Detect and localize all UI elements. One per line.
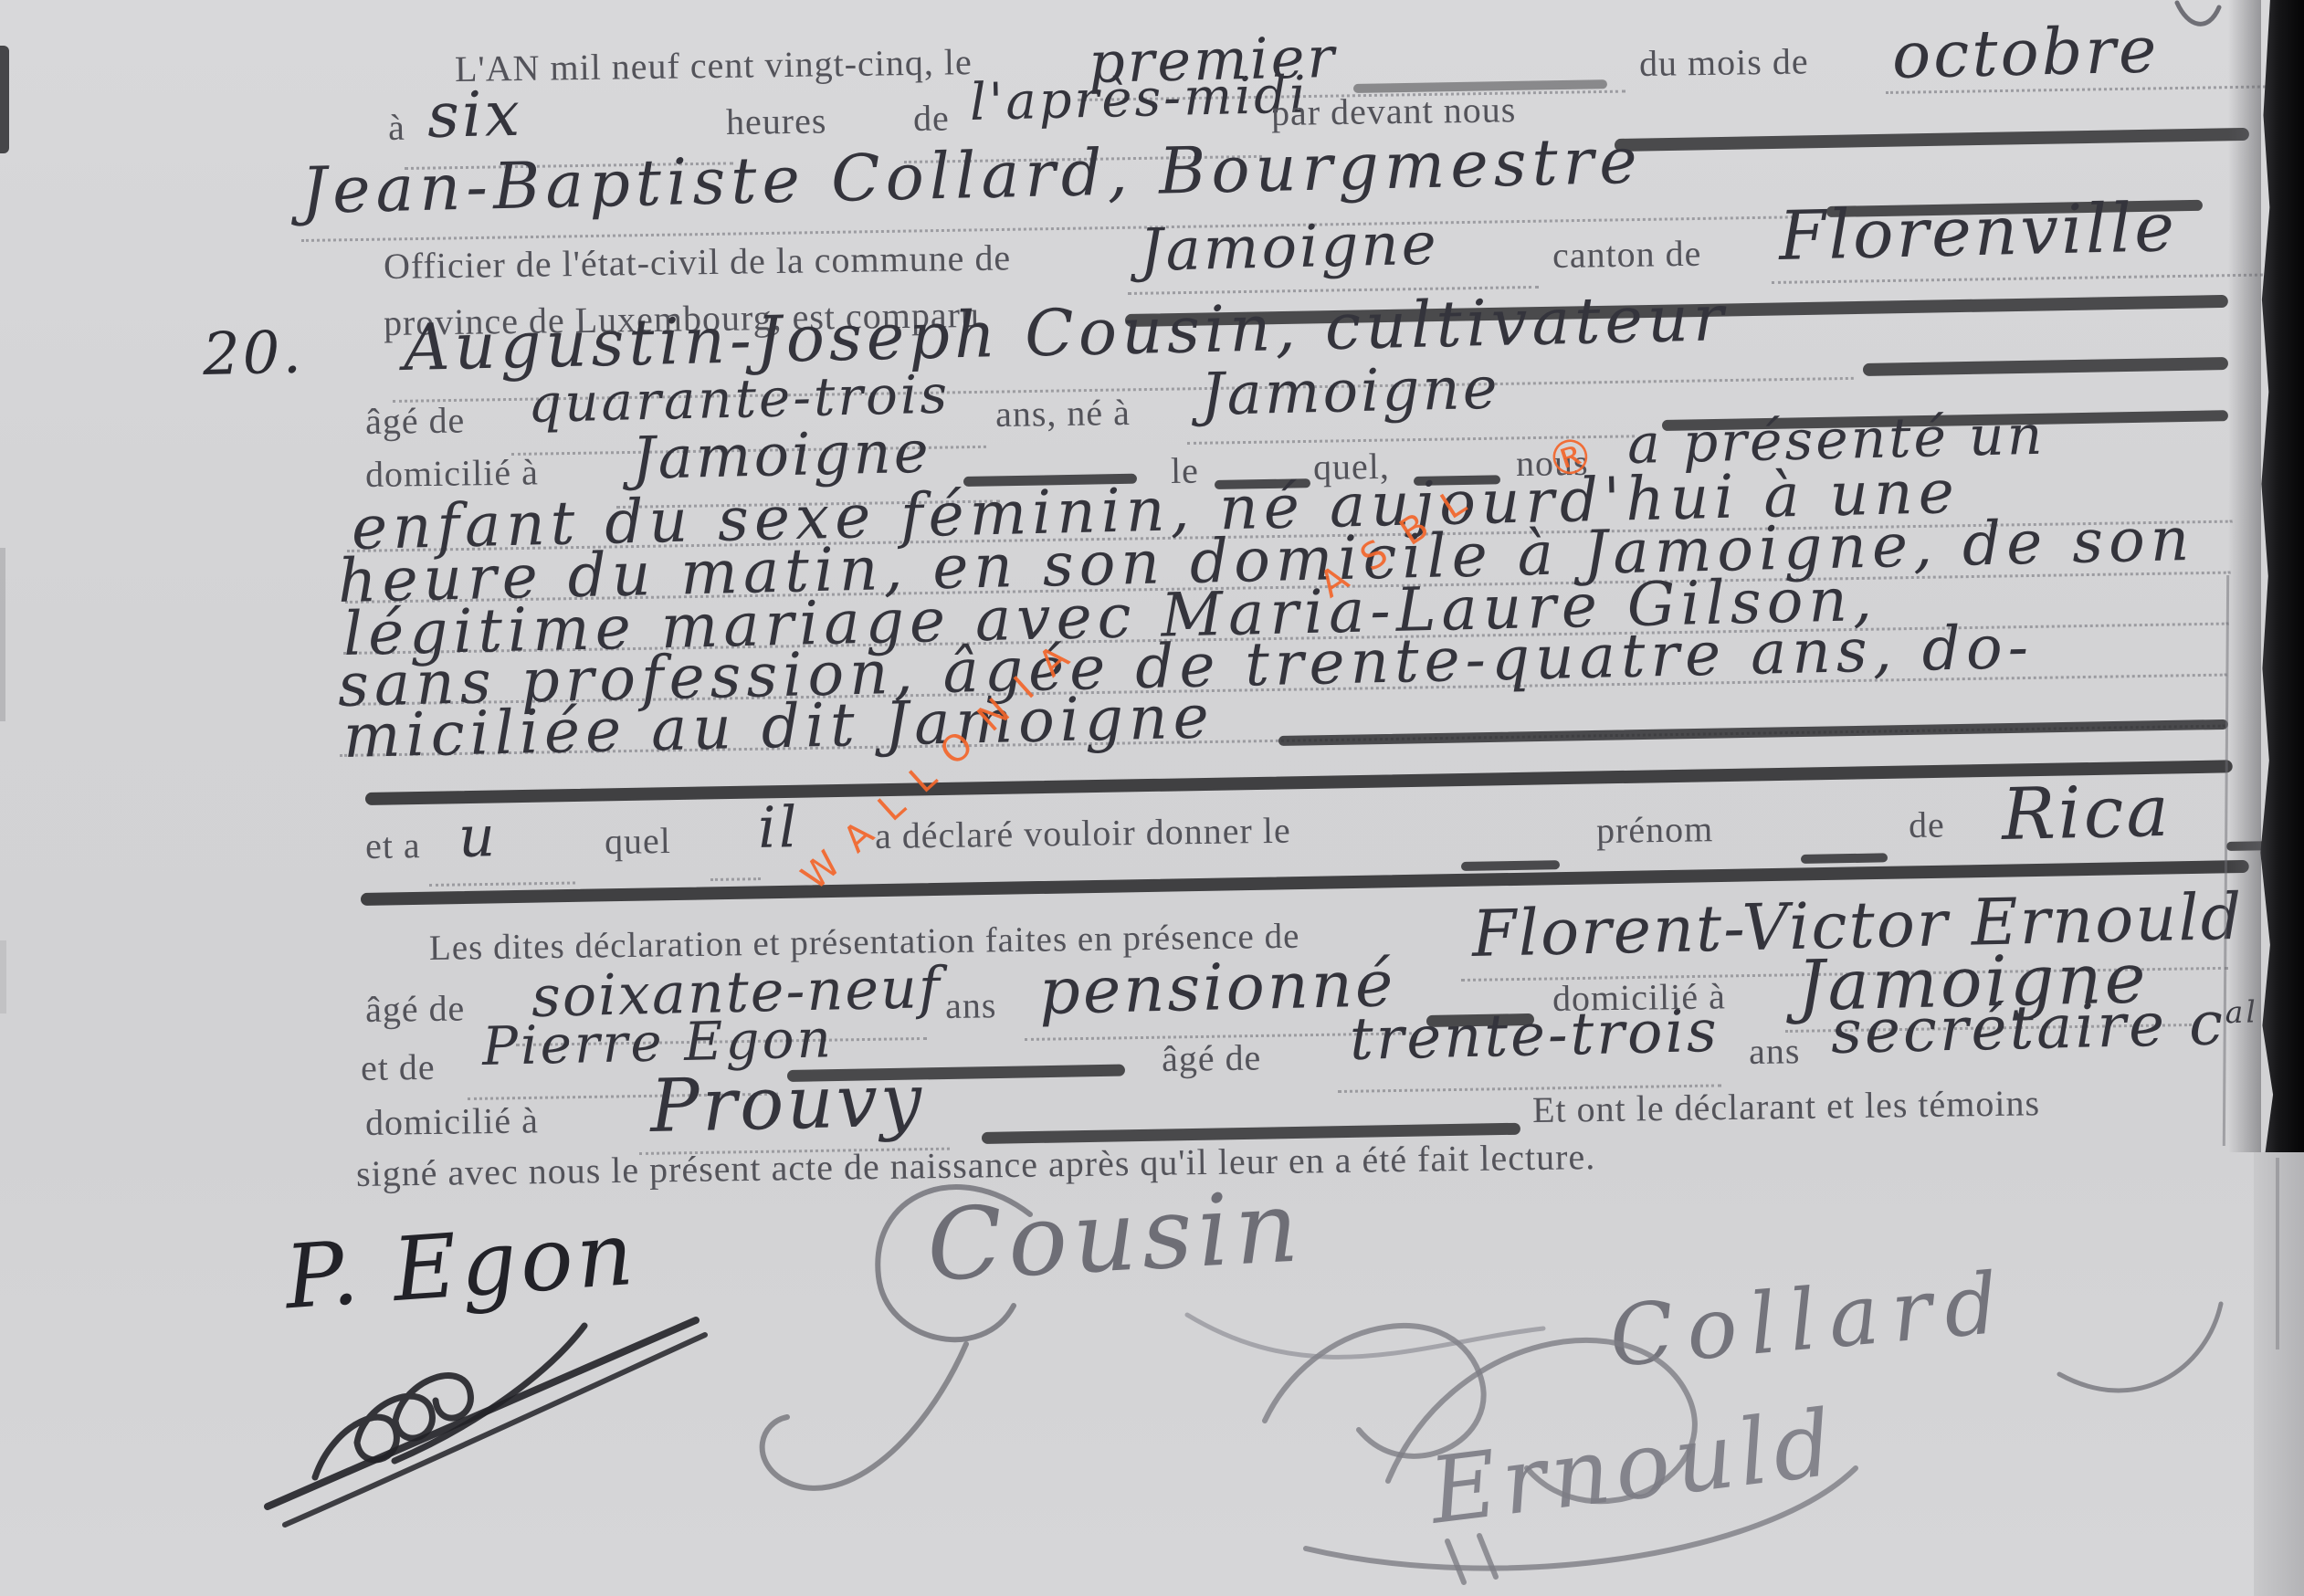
egon-flourish-line	[285, 1335, 705, 1525]
filler-stroke	[1863, 357, 2228, 376]
entry-birthplace: Jamoigne	[1200, 355, 1500, 429]
entry-period: l'après-midi	[969, 66, 1309, 132]
form-line4-printed-b: canton de	[1552, 232, 1702, 277]
filler-stroke	[1801, 853, 1888, 864]
entry-canton: Florenville	[1778, 188, 2178, 276]
form-line18-printed-b: Et ont le déclarant et les témoins	[1532, 1081, 2041, 1131]
form-line16-printed-a: âgé de	[365, 986, 466, 1031]
dotted-rule	[429, 881, 575, 887]
egon-flourish-loops	[315, 1376, 470, 1477]
entry-hour: six	[426, 79, 523, 152]
entry-firstname: Rica	[2001, 771, 2172, 856]
act-number: 20.	[202, 319, 304, 388]
entry-witness2-age: trente-trois	[1349, 998, 1720, 1074]
binding-shadow	[2228, 0, 2261, 1152]
signature-cousin: Cousin	[924, 1170, 1307, 1303]
scan-edge-mark	[0, 548, 5, 721]
signature-collard: Collard	[1605, 1254, 2015, 1386]
scan-edge-mark	[0, 940, 6, 1013]
form-line17-printed-c: ans	[1749, 1029, 1801, 1073]
ernould-mark	[1447, 1536, 1496, 1582]
form-line14-printed-b: quel	[605, 819, 672, 863]
filler-stroke	[1615, 128, 2249, 152]
form-line7-printed-a: âgé de	[365, 398, 466, 443]
form-line1-printed-a: L'AN mil neuf cent vingt-cinq, le	[455, 40, 973, 90]
ernould-stroke	[1187, 1315, 1543, 1357]
dotted-rule	[1772, 273, 2297, 284]
scanned-birth-record: L'AN mil neuf cent vingt-cinq, le premie…	[0, 0, 2304, 1596]
entry-commune: Jamoigne	[1139, 211, 1439, 285]
collard-tail	[2059, 1304, 2221, 1391]
form-line1-printed-b: du mois de	[1639, 39, 1809, 85]
entry-il: il	[757, 793, 800, 861]
signature-ernould: Ernould	[1425, 1389, 1844, 1545]
form-line14-printed-a: et a	[365, 824, 421, 867]
form-line2-printed-b: heures	[726, 99, 827, 143]
form-line14-printed-c: a déclaré vouloir donner le	[875, 809, 1291, 857]
form-line2-printed-c: de	[913, 96, 950, 140]
entry-declarant: Augustin-Joseph Cousin, cultivateur	[403, 280, 1729, 385]
form-line17-printed-a: et de	[361, 1045, 436, 1089]
form-line18-printed-a: domicilié à	[365, 1098, 539, 1144]
form-line14-printed-e: de	[1909, 803, 1945, 846]
signature-egon: P. Egon	[282, 1202, 640, 1329]
egon-flourish	[395, 1326, 584, 1461]
form-line4-printed-a: Officier de l'état-civil de la commune d…	[384, 236, 1012, 288]
corner-pen-mark	[2177, 3, 2219, 24]
fold-line	[2276, 1158, 2279, 1349]
entry-auquel-u: u	[458, 803, 499, 870]
filler-stroke	[1278, 719, 2228, 746]
form-line7-printed-b: ans, né à	[995, 391, 1131, 436]
scan-edge-mark	[0, 46, 9, 153]
form-line17-printed-b: âgé de	[1162, 1035, 1262, 1080]
cousin-descender	[763, 1344, 966, 1488]
entry-witness2-residence: Prouvy	[649, 1057, 925, 1149]
form-line14-printed-d: prénom	[1596, 807, 1714, 852]
egon-flourish-line	[268, 1320, 696, 1507]
binding-edge	[2256, 0, 2304, 1152]
form-line16-printed-b: ans	[945, 983, 997, 1027]
entry-witness2-profession: secrétaire cal	[1830, 987, 2259, 1067]
form-line2-printed-a: à	[388, 106, 405, 149]
filler-stroke	[1461, 860, 1560, 871]
entry-witness1-profession: pensionné	[1038, 946, 1396, 1029]
profession-text: secrétaire c	[1830, 988, 2226, 1067]
dotted-rule	[710, 877, 761, 881]
entry-month: octobre	[1891, 12, 2160, 93]
section-rule	[365, 760, 2233, 805]
